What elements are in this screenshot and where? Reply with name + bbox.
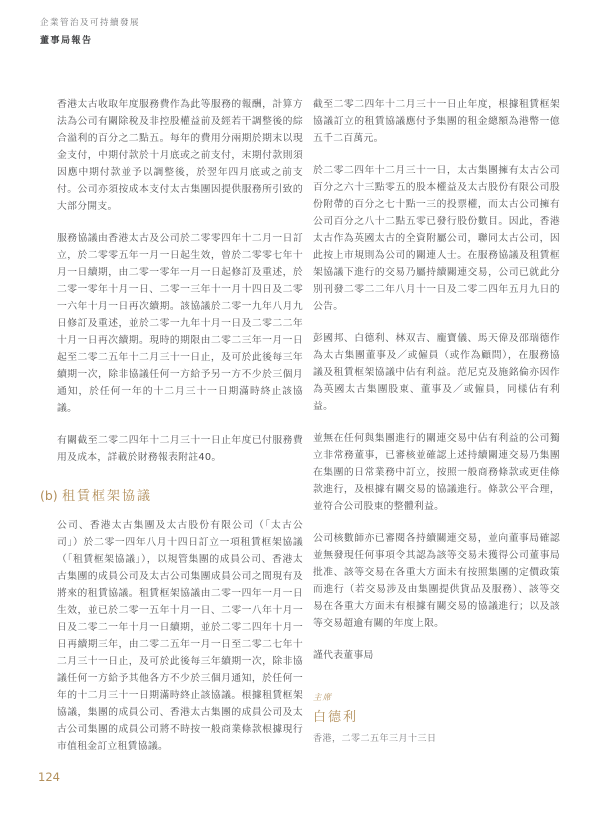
paragraph-directors-interests: 彭國邦、白德利、林双吉、龐寶儀、馬天偉及邵瑞德作為太古集團董事及／或僱員（或作為…	[313, 330, 560, 415]
page-title: 董事局報告	[40, 33, 140, 46]
right-column: 截至二零二四年十二月三十一日止年度，根據租賃框架協議訂立的租賃協議應付予集團的租…	[313, 96, 560, 770]
section-marker: (b)	[40, 488, 62, 503]
section-breadcrumb: 企業管治及可持續發展	[40, 16, 140, 28]
report-page: 企業管治及可持續發展 董事局報告 香港太古收取年度服務費作為此等服務的報酬，計算…	[0, 0, 600, 814]
paragraph-shareholding-structure: 於二零二四年十二月三十一日，太古集團擁有太古公司百分之六十三點零五的股本權益及太…	[313, 162, 560, 315]
left-column-body: 香港太古收取年度服務費作為此等服務的報酬，計算方法為公司有關除稅及非控股權益前及…	[40, 96, 303, 466]
closing-on-behalf-of-board: 謹代表董事局	[313, 647, 560, 661]
signature-name: 白德利	[313, 706, 560, 725]
left-column-section-body: 公司、香港太古集團及太古股份有限公司（「太古公司」）於二零一四年八月十四日訂立一…	[40, 517, 303, 755]
paragraph-services-agreement-history: 服務協議由香港太古及公司於二零零四年十二月一日訂立，於二零零五年一月一日起生效，…	[57, 230, 303, 417]
page-header: 企業管治及可持續發展 董事局報告	[40, 16, 140, 46]
paragraph-rent-total: 截至二零二四年十二月三十一日止年度，根據租賃框架協議訂立的租賃協議應付予集團的租…	[313, 96, 560, 147]
paragraph-ined-confirmation: 並無在任何與集團進行的關連交易中佔有利益的公司獨立非常務董事，已審核並確認上述持…	[313, 430, 560, 515]
signature-role: 主席	[313, 691, 560, 703]
signature-block: 主席 白德利 香港，二零二五年三月十三日	[313, 691, 560, 744]
paragraph-note-reference: 有關截至二零二四年十二月三十一日止年度已付服務費用及成本，詳載於財務報表附註40…	[57, 432, 303, 466]
signature-dateline: 香港，二零二五年三月十三日	[313, 731, 560, 744]
two-column-layout: 香港太古收取年度服務費作為此等服務的報酬，計算方法為公司有關除稅及非控股權益前及…	[40, 96, 560, 770]
left-column: 香港太古收取年度服務費作為此等服務的報酬，計算方法為公司有關除稅及非控股權益前及…	[40, 96, 303, 770]
page-number: 124	[38, 770, 60, 784]
paragraph-auditor-review: 公司核數師亦已審閱各持續關連交易，並向董事局確認並無發現任何事項令其認為該等交易…	[313, 530, 560, 632]
paragraph-lease-framework-agreement: 公司、香港太古集團及太古股份有限公司（「太古公司」）於二零一四年八月十四日訂立一…	[57, 517, 303, 755]
paragraph-service-fee: 香港太古收取年度服務費作為此等服務的報酬，計算方法為公司有關除稅及非控股權益前及…	[57, 96, 303, 215]
section-heading-lease-framework: (b) 租賃框架協議	[40, 485, 303, 504]
section-title: 租賃框架協議	[62, 485, 152, 504]
